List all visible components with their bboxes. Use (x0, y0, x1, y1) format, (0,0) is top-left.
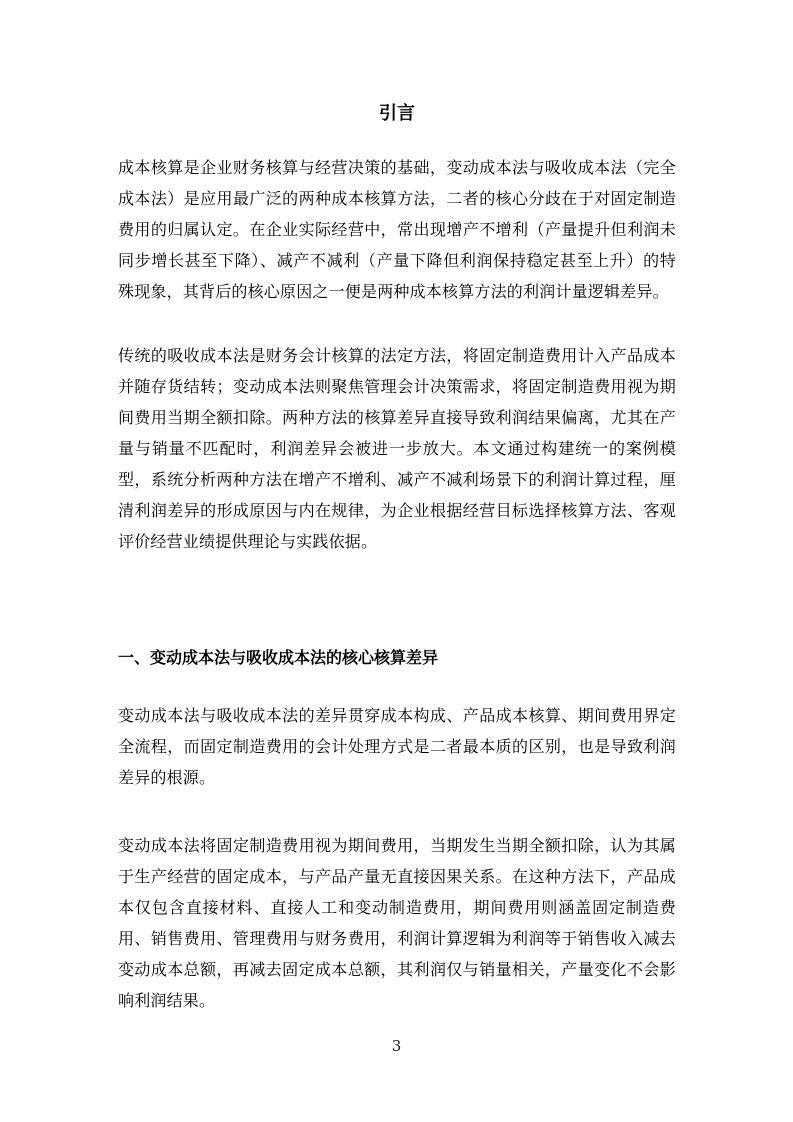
intro-paragraph-1: 成本核算是企业财务核算与经营决策的基础，变动成本法与吸收成本法（完全成本法）是应… (118, 152, 676, 307)
page-number: 3 (392, 1037, 402, 1055)
intro-paragraph-2: 传统的吸收成本法是财务会计核算的法定方法，将固定制造费用计入产品成本并随存货结转… (118, 340, 676, 557)
page-footer: 3 (0, 1036, 793, 1055)
section-1-paragraph-2: 变动成本法将固定制造费用视为期间费用，当期发生当期全额扣除，认为其属于生产经营的… (118, 830, 676, 1016)
section-1-paragraph-1: 变动成本法与吸收成本法的差异贯穿成本构成、产品成本核算、期间费用界定全流程，而固… (118, 700, 676, 793)
intro-title: 引言 (118, 101, 676, 127)
document-page: 引言 成本核算是企业财务核算与经营决策的基础，变动成本法与吸收成本法（完全成本法… (0, 0, 793, 1122)
section-1-heading: 一、变动成本法与吸收成本法的核心核算差异 (118, 646, 676, 670)
